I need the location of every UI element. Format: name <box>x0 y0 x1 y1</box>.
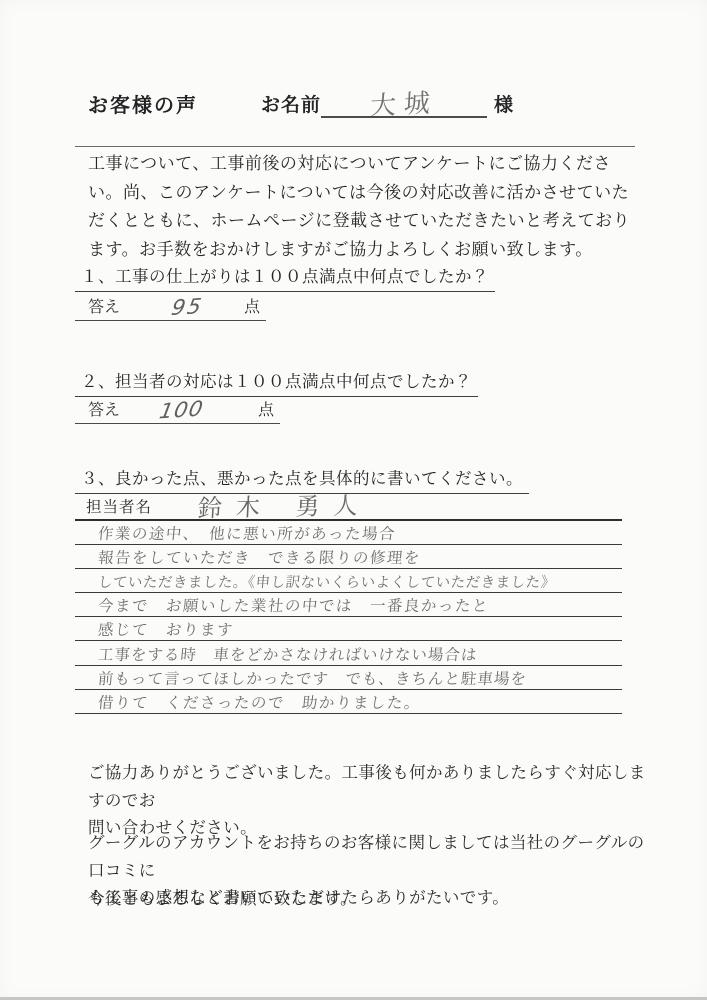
handwritten-score-q2: 100 <box>158 397 206 424</box>
honorific-label: 様 <box>494 90 513 118</box>
header-divider <box>75 146 635 147</box>
handwritten-comment: 感じて おります <box>75 618 235 641</box>
intro-paragraph: 工事について、工事前後の対応についてアンケートにご協力くださ い。尚、このアンケ… <box>88 150 640 264</box>
answer-label: 答え <box>88 397 120 420</box>
question2-heading: ２、担当者の対応は１００点満点中何点でしたか？ <box>75 368 478 397</box>
comment-line: 報告をしていただき できる限りの修理を <box>75 545 622 569</box>
question1-heading: １、工事の仕上がりは１００点満点中何点でしたか？ <box>75 263 495 292</box>
intro-line: 工事について、工事前後の対応についてアンケートにご協力くださ <box>88 150 640 179</box>
comment-line: 借りて くださったので 助かりました。 <box>75 690 622 714</box>
comment-line: していただきました。《申し訳ないくらいよくしていただきました》 <box>75 569 622 593</box>
question2-answer-row: 答え 100 点 <box>75 397 280 424</box>
handwritten-comment: 作業の途中、 他に悪い所があった場合 <box>75 522 397 545</box>
scanned-survey-page: お客様の声 お名前 大城 様 工事について、工事前後の対応についてアンケートにご… <box>0 0 707 1000</box>
intro-line: い。尚、このアンケートについては今後の対応改善に活かさせていた <box>88 179 640 208</box>
handwritten-score-q1: 95 <box>170 294 205 320</box>
handwritten-staff-name: 鈴木 勇人 <box>197 485 372 523</box>
comment-line: 作業の途中、 他に悪い所があった場合 <box>75 521 622 545</box>
footer-line: ご協力ありがとうございました。工事後も何かありましたらすぐ対応しますのでお <box>88 760 648 815</box>
answer-label: 答え <box>88 294 120 317</box>
name-label: お名前 <box>261 90 321 118</box>
footer-closing-paragraph: 今後ともよろしくお願い致します。 <box>88 886 648 914</box>
footer-line: グーグルのアカウントをお持ちのお客様に関しましては当社のグーグルの口コミに <box>88 830 648 885</box>
handwritten-customer-name: 大城 <box>369 82 439 123</box>
comment-line: 工事をする時 車をどかさなければいけない場合は <box>75 641 622 665</box>
handwritten-comment: 借りて くださったので 助かりました。 <box>75 691 422 714</box>
page-title: お客様の声 <box>88 89 198 118</box>
comment-line: 感じて おります <box>75 617 622 641</box>
name-underline-field: 大城 <box>321 84 487 118</box>
handwritten-comment: 報告をしていただき できる限りの修理を <box>75 546 422 569</box>
points-unit-label: 点 <box>244 294 260 317</box>
handwritten-comment: 前もって言ってほしかったです でも、きちんと駐車場を <box>75 667 528 690</box>
points-unit-label: 点 <box>258 397 274 420</box>
comment-line: 前もって言ってほしかったです でも、きちんと駐車場を <box>75 666 622 690</box>
handwritten-comment: 工事をする時 車をどかさなければいけない場合は <box>75 643 479 666</box>
intro-line: だくとともに、ホームページに登載させていただきたいと考えており <box>88 207 640 236</box>
staff-name-row: 担当者名 鈴木 勇人 <box>75 486 622 521</box>
handwritten-comment: していただきました。《申し訳ないくらいよくしていただきました》 <box>75 571 557 593</box>
question1-answer-row: 答え 95 点 <box>75 294 266 321</box>
comment-section: 担当者名 鈴木 勇人 作業の途中、 他に悪い所があった場合 報告をしていただき … <box>75 486 622 714</box>
handwritten-comment: 今まで お願いした業社の中では 一番良かったと <box>75 594 490 617</box>
intro-line: ます。お手数をおかけしますがご協力よろしくお願い致します。 <box>88 236 640 265</box>
customer-name-group: お名前 大城 様 <box>261 84 513 118</box>
comment-line: 今まで お願いした業社の中では 一番良かったと <box>75 593 622 617</box>
header: お客様の声 お名前 大城 様 <box>88 84 647 118</box>
staff-name-label: 担当者名 <box>75 495 152 519</box>
